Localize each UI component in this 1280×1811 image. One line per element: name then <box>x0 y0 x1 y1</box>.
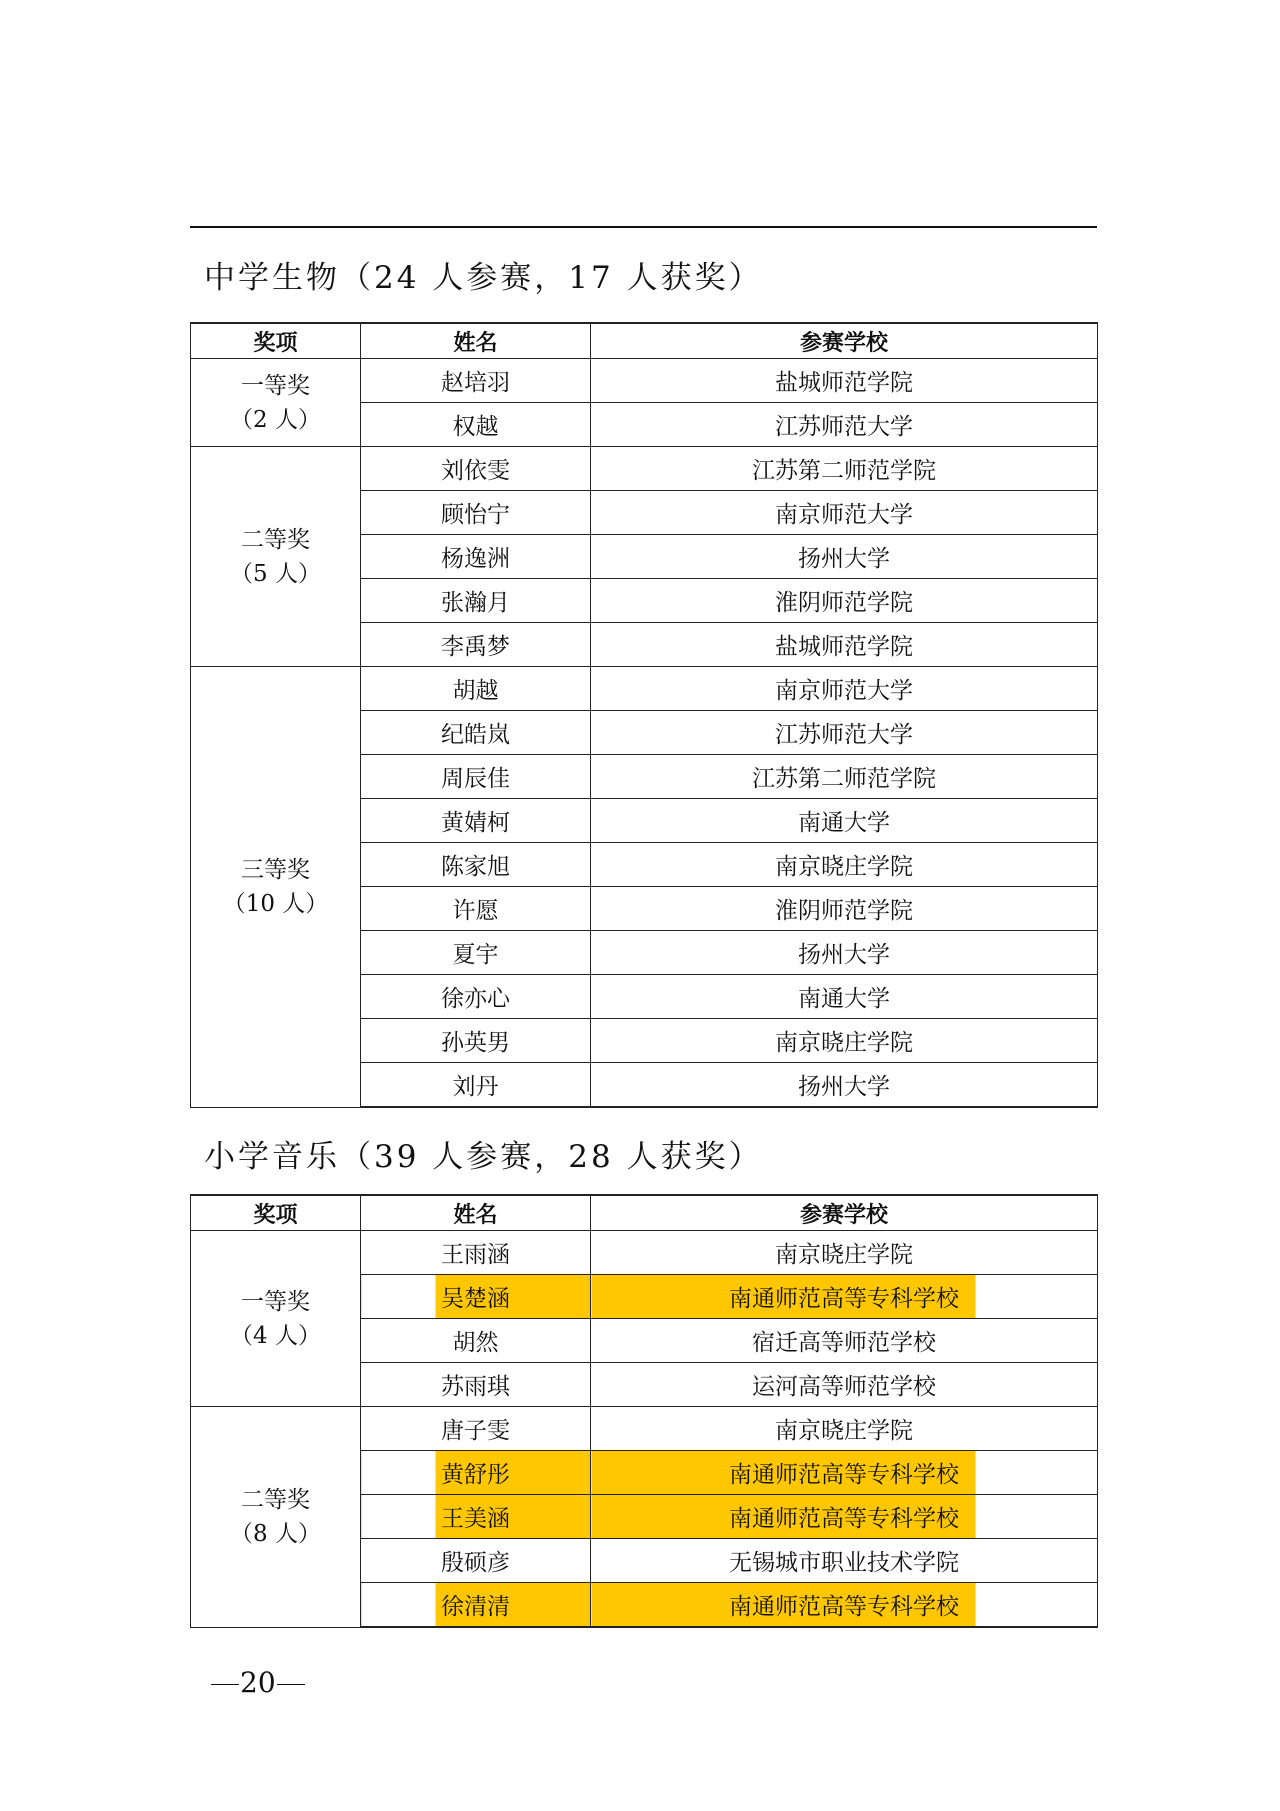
award-count: （2 人） <box>191 403 360 437</box>
contestant-name: 胡然 <box>453 1330 499 1356</box>
award-count: （5 人） <box>191 557 360 591</box>
school-cell: 南京晓庄学院 <box>591 1019 1098 1063</box>
award-level-cell: 一等奖（2 人） <box>191 359 361 447</box>
dash-left <box>211 1684 239 1685</box>
name-cell: 胡然 <box>361 1319 591 1363</box>
school-cell: 南通大学 <box>591 975 1098 1019</box>
contestant-name: 王美涵 <box>441 1506 510 1532</box>
school-cell: 淮阴师范学院 <box>591 887 1098 931</box>
school-name: 南通师范高等专科学校 <box>729 1462 959 1488</box>
table-row: 二等奖（8 人）唐子雯南京晓庄学院 <box>191 1407 1098 1451</box>
school-cell: 盐城师范学院 <box>591 623 1098 667</box>
contestant-name: 纪皓岚 <box>441 722 510 748</box>
school-name: 江苏第二师范学院 <box>752 458 936 484</box>
school-cell: 南通师范高等专科学校 <box>591 1451 1098 1495</box>
contestant-name: 黄婧柯 <box>441 810 510 836</box>
school-name: 南通师范高等专科学校 <box>729 1594 959 1620</box>
school-cell: 南京晓庄学院 <box>591 1231 1098 1275</box>
award-level-cell: 二等奖（5 人） <box>191 447 361 667</box>
school-name: 南京晓庄学院 <box>775 1418 913 1444</box>
award-level: 二等奖 <box>191 523 360 557</box>
name-cell: 杨逸洲 <box>361 535 591 579</box>
name-cell: 陈家旭 <box>361 843 591 887</box>
school-cell: 南通师范高等专科学校 <box>591 1275 1098 1319</box>
award-count: （10 人） <box>191 887 360 921</box>
school-cell: 江苏第二师范学院 <box>591 755 1098 799</box>
column-header: 姓名 <box>361 323 591 359</box>
school-cell: 扬州大学 <box>591 1063 1098 1108</box>
school-name: 南京晓庄学院 <box>775 854 913 880</box>
school-name: 江苏师范大学 <box>775 722 913 748</box>
award-level: 一等奖 <box>191 369 360 403</box>
school-name: 江苏第二师范学院 <box>752 766 936 792</box>
school-cell: 无锡城市职业技术学院 <box>591 1539 1098 1583</box>
contestant-name: 夏宇 <box>453 942 499 968</box>
name-cell: 黄婧柯 <box>361 799 591 843</box>
award-table-music: 奖项姓名参赛学校一等奖（4 人）王雨涵南京晓庄学院吴楚涵南通师范高等专科学校胡然… <box>190 1194 1098 1628</box>
name-cell: 夏宇 <box>361 931 591 975</box>
contestant-name: 孙英男 <box>441 1030 510 1056</box>
school-name: 盐城师范学院 <box>775 370 913 396</box>
name-cell: 李禹梦 <box>361 623 591 667</box>
contestant-name: 杨逸洲 <box>441 546 510 572</box>
column-header: 奖项 <box>191 323 361 359</box>
table-row: 三等奖（10 人）胡越南京师范大学 <box>191 667 1098 711</box>
column-header: 奖项 <box>191 1195 361 1231</box>
school-name: 南京师范大学 <box>775 678 913 704</box>
award-level: 一等奖 <box>191 1285 360 1319</box>
name-cell: 王雨涵 <box>361 1231 591 1275</box>
school-cell: 江苏师范大学 <box>591 403 1098 447</box>
contestant-name: 李禹梦 <box>441 634 510 660</box>
school-name: 宿迁高等师范学校 <box>752 1330 936 1356</box>
contestant-name: 顾怡宁 <box>441 502 510 528</box>
dash-right <box>277 1684 305 1685</box>
school-name: 江苏师范大学 <box>775 414 913 440</box>
school-cell: 宿迁高等师范学校 <box>591 1319 1098 1363</box>
contestant-name: 许愿 <box>453 898 499 924</box>
award-level-cell: 二等奖（8 人） <box>191 1407 361 1628</box>
name-cell: 赵培羽 <box>361 359 591 403</box>
school-name: 南通师范高等专科学校 <box>729 1506 959 1532</box>
contestant-name: 胡越 <box>453 678 499 704</box>
school-cell: 南通师范高等专科学校 <box>591 1495 1098 1539</box>
contestant-name: 吴楚涵 <box>441 1286 510 1312</box>
name-cell: 苏雨琪 <box>361 1363 591 1407</box>
contestant-name: 王雨涵 <box>441 1242 510 1268</box>
table-row: 二等奖（5 人）刘依雯江苏第二师范学院 <box>191 447 1098 491</box>
contestant-name: 刘丹 <box>453 1074 499 1100</box>
name-cell: 胡越 <box>361 667 591 711</box>
name-cell: 徐清清 <box>361 1583 591 1628</box>
contestant-name: 陈家旭 <box>441 854 510 880</box>
school-name: 南通师范高等专科学校 <box>729 1286 959 1312</box>
name-cell: 周辰佳 <box>361 755 591 799</box>
award-count: （4 人） <box>191 1319 360 1353</box>
award-level: 三等奖 <box>191 853 360 887</box>
school-name: 淮阴师范学院 <box>775 898 913 924</box>
school-name: 扬州大学 <box>798 1074 890 1100</box>
table-row: 一等奖（4 人）王雨涵南京晓庄学院 <box>191 1231 1098 1275</box>
award-level-cell: 三等奖（10 人） <box>191 667 361 1108</box>
contestant-name: 徐清清 <box>441 1594 510 1620</box>
section-title-music: 小学音乐（39 人参赛，28 人获奖） <box>204 1131 763 1176</box>
school-cell: 南京师范大学 <box>591 667 1098 711</box>
school-name: 南通大学 <box>798 986 890 1012</box>
table-row: 一等奖（2 人）赵培羽盐城师范学院 <box>191 359 1098 403</box>
name-cell: 王美涵 <box>361 1495 591 1539</box>
contestant-name: 唐子雯 <box>441 1418 510 1444</box>
school-cell: 江苏第二师范学院 <box>591 447 1098 491</box>
name-cell: 刘丹 <box>361 1063 591 1108</box>
contestant-name: 权越 <box>453 414 499 440</box>
school-name: 南通大学 <box>798 810 890 836</box>
name-cell: 权越 <box>361 403 591 447</box>
school-name: 南京晓庄学院 <box>775 1242 913 1268</box>
school-name: 运河高等师范学校 <box>752 1374 936 1400</box>
school-name: 盐城师范学院 <box>775 634 913 660</box>
contestant-name: 徐亦心 <box>441 986 510 1012</box>
contestant-name: 周辰佳 <box>441 766 510 792</box>
school-cell: 扬州大学 <box>591 535 1098 579</box>
name-cell: 顾怡宁 <box>361 491 591 535</box>
school-name: 扬州大学 <box>798 546 890 572</box>
school-cell: 运河高等师范学校 <box>591 1363 1098 1407</box>
award-level-cell: 一等奖（4 人） <box>191 1231 361 1407</box>
contestant-name: 黄舒彤 <box>441 1462 510 1488</box>
column-header: 姓名 <box>361 1195 591 1231</box>
school-name: 无锡城市职业技术学院 <box>729 1550 959 1576</box>
page-number: 20 <box>210 1666 306 1699</box>
name-cell: 许愿 <box>361 887 591 931</box>
school-name: 扬州大学 <box>798 942 890 968</box>
header-rule <box>190 226 1097 228</box>
contestant-name: 殷硕彦 <box>441 1550 510 1576</box>
contestant-name: 张瀚月 <box>441 590 510 616</box>
school-cell: 南通师范高等专科学校 <box>591 1583 1098 1628</box>
table-header-row: 奖项姓名参赛学校 <box>191 1195 1098 1231</box>
contestant-name: 苏雨琪 <box>441 1374 510 1400</box>
school-cell: 南京晓庄学院 <box>591 843 1098 887</box>
name-cell: 吴楚涵 <box>361 1275 591 1319</box>
school-cell: 江苏师范大学 <box>591 711 1098 755</box>
name-cell: 唐子雯 <box>361 1407 591 1451</box>
section-title-biology: 中学生物（24 人参赛，17 人获奖） <box>204 252 763 297</box>
school-name: 南京晓庄学院 <box>775 1030 913 1056</box>
school-name: 淮阴师范学院 <box>775 590 913 616</box>
name-cell: 张瀚月 <box>361 579 591 623</box>
school-cell: 南京师范大学 <box>591 491 1098 535</box>
name-cell: 殷硕彦 <box>361 1539 591 1583</box>
column-header: 参赛学校 <box>591 323 1098 359</box>
contestant-name: 刘依雯 <box>441 458 510 484</box>
school-name: 南京师范大学 <box>775 502 913 528</box>
award-level: 二等奖 <box>191 1483 360 1517</box>
school-cell: 盐城师范学院 <box>591 359 1098 403</box>
contestant-name: 赵培羽 <box>441 370 510 396</box>
award-table-biology: 奖项姓名参赛学校一等奖（2 人）赵培羽盐城师范学院权越江苏师范大学二等奖（5 人… <box>190 322 1098 1108</box>
award-count: （8 人） <box>191 1517 360 1551</box>
name-cell: 纪皓岚 <box>361 711 591 755</box>
name-cell: 黄舒彤 <box>361 1451 591 1495</box>
school-cell: 南通大学 <box>591 799 1098 843</box>
name-cell: 刘依雯 <box>361 447 591 491</box>
school-cell: 扬州大学 <box>591 931 1098 975</box>
school-cell: 南京晓庄学院 <box>591 1407 1098 1451</box>
page-number-text: 20 <box>240 1666 276 1699</box>
column-header: 参赛学校 <box>591 1195 1098 1231</box>
name-cell: 孙英男 <box>361 1019 591 1063</box>
table-header-row: 奖项姓名参赛学校 <box>191 323 1098 359</box>
school-cell: 淮阴师范学院 <box>591 579 1098 623</box>
name-cell: 徐亦心 <box>361 975 591 1019</box>
